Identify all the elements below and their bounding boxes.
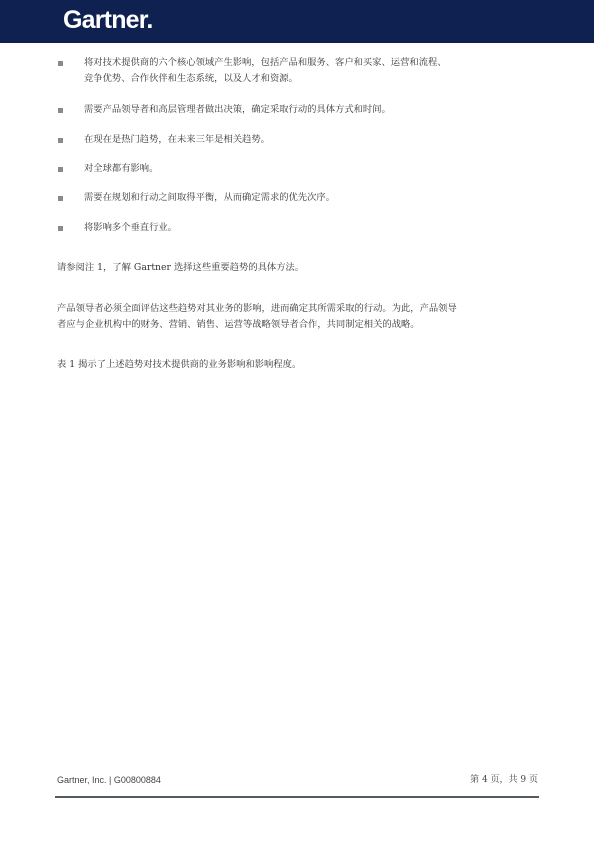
square-bullet-icon <box>58 138 63 143</box>
square-bullet-icon <box>58 196 63 201</box>
bullet-line: 在现在是热门趋势，在未来三年是相关趋势。 <box>84 132 542 148</box>
gartner-logo: Gartner. <box>63 5 153 35</box>
bullet-line: 需要在规划和行动之间取得平衡，从而确定需求的优先次序。 <box>84 190 542 206</box>
page-header: Gartner. <box>0 0 594 43</box>
bullet-line: 对全球都有影响。 <box>84 161 542 177</box>
footer-divider <box>55 796 539 798</box>
bullet-text: 对全球都有影响。 <box>84 161 542 177</box>
logo-text: Gartner <box>63 6 146 34</box>
bullet-text: 需要产品领导者和高层管理者做出决策，确定采取行动的具体方式和时间。 <box>84 102 542 118</box>
paragraph-line: 请参阅注 1，了解 Gartner 选择这些重要趋势的具体方法。 <box>57 260 542 276</box>
paragraph-methodology-note: 请参阅注 1，了解 Gartner 选择这些重要趋势的具体方法。 <box>57 260 542 276</box>
logo-dot: . <box>146 6 152 34</box>
bullet-text: 需要在规划和行动之间取得平衡，从而确定需求的优先次序。 <box>84 190 542 206</box>
bullet-line: 将对技术提供商的六个核心领域产生影响，包括产品和服务、客户和买家、运营和流程、 <box>84 55 542 71</box>
paragraph-product-leaders: 产品领导者必须全面评估这些趋势对其业务的影响，进而确定其所需采取的行动。为此，产… <box>57 301 542 333</box>
square-bullet-icon <box>58 226 63 231</box>
footer-document-id: Gartner, Inc. | G00800884 <box>57 773 161 787</box>
square-bullet-icon <box>58 61 63 66</box>
bullet-line: 竞争优势、合作伙伴和生态系统，以及人才和资源。 <box>84 71 542 87</box>
bullet-text: 将影响多个垂直行业。 <box>84 220 542 236</box>
square-bullet-icon <box>58 108 63 113</box>
bullet-text: 在现在是热门趋势，在未来三年是相关趋势。 <box>84 132 542 148</box>
paragraph-line: 者应与企业机构中的财务、营销、销售、运营等战略领导者合作，共同制定相关的战略。 <box>57 317 542 333</box>
bullet-text: 将对技术提供商的六个核心领域产生影响，包括产品和服务、客户和买家、运营和流程、 … <box>84 55 542 87</box>
bullet-line: 需要产品领导者和高层管理者做出决策，确定采取行动的具体方式和时间。 <box>84 102 542 118</box>
paragraph-table-reference: 表 1 揭示了上述趋势对技术提供商的业务影响和影响程度。 <box>57 357 542 373</box>
footer-page-number: 第 4 页，共 9 页 <box>470 773 538 787</box>
bullet-line: 将影响多个垂直行业。 <box>84 220 542 236</box>
paragraph-line: 表 1 揭示了上述趋势对技术提供商的业务影响和影响程度。 <box>57 357 542 373</box>
paragraph-line: 产品领导者必须全面评估这些趋势对其业务的影响，进而确定其所需采取的行动。为此，产… <box>57 301 542 317</box>
square-bullet-icon <box>58 167 63 172</box>
